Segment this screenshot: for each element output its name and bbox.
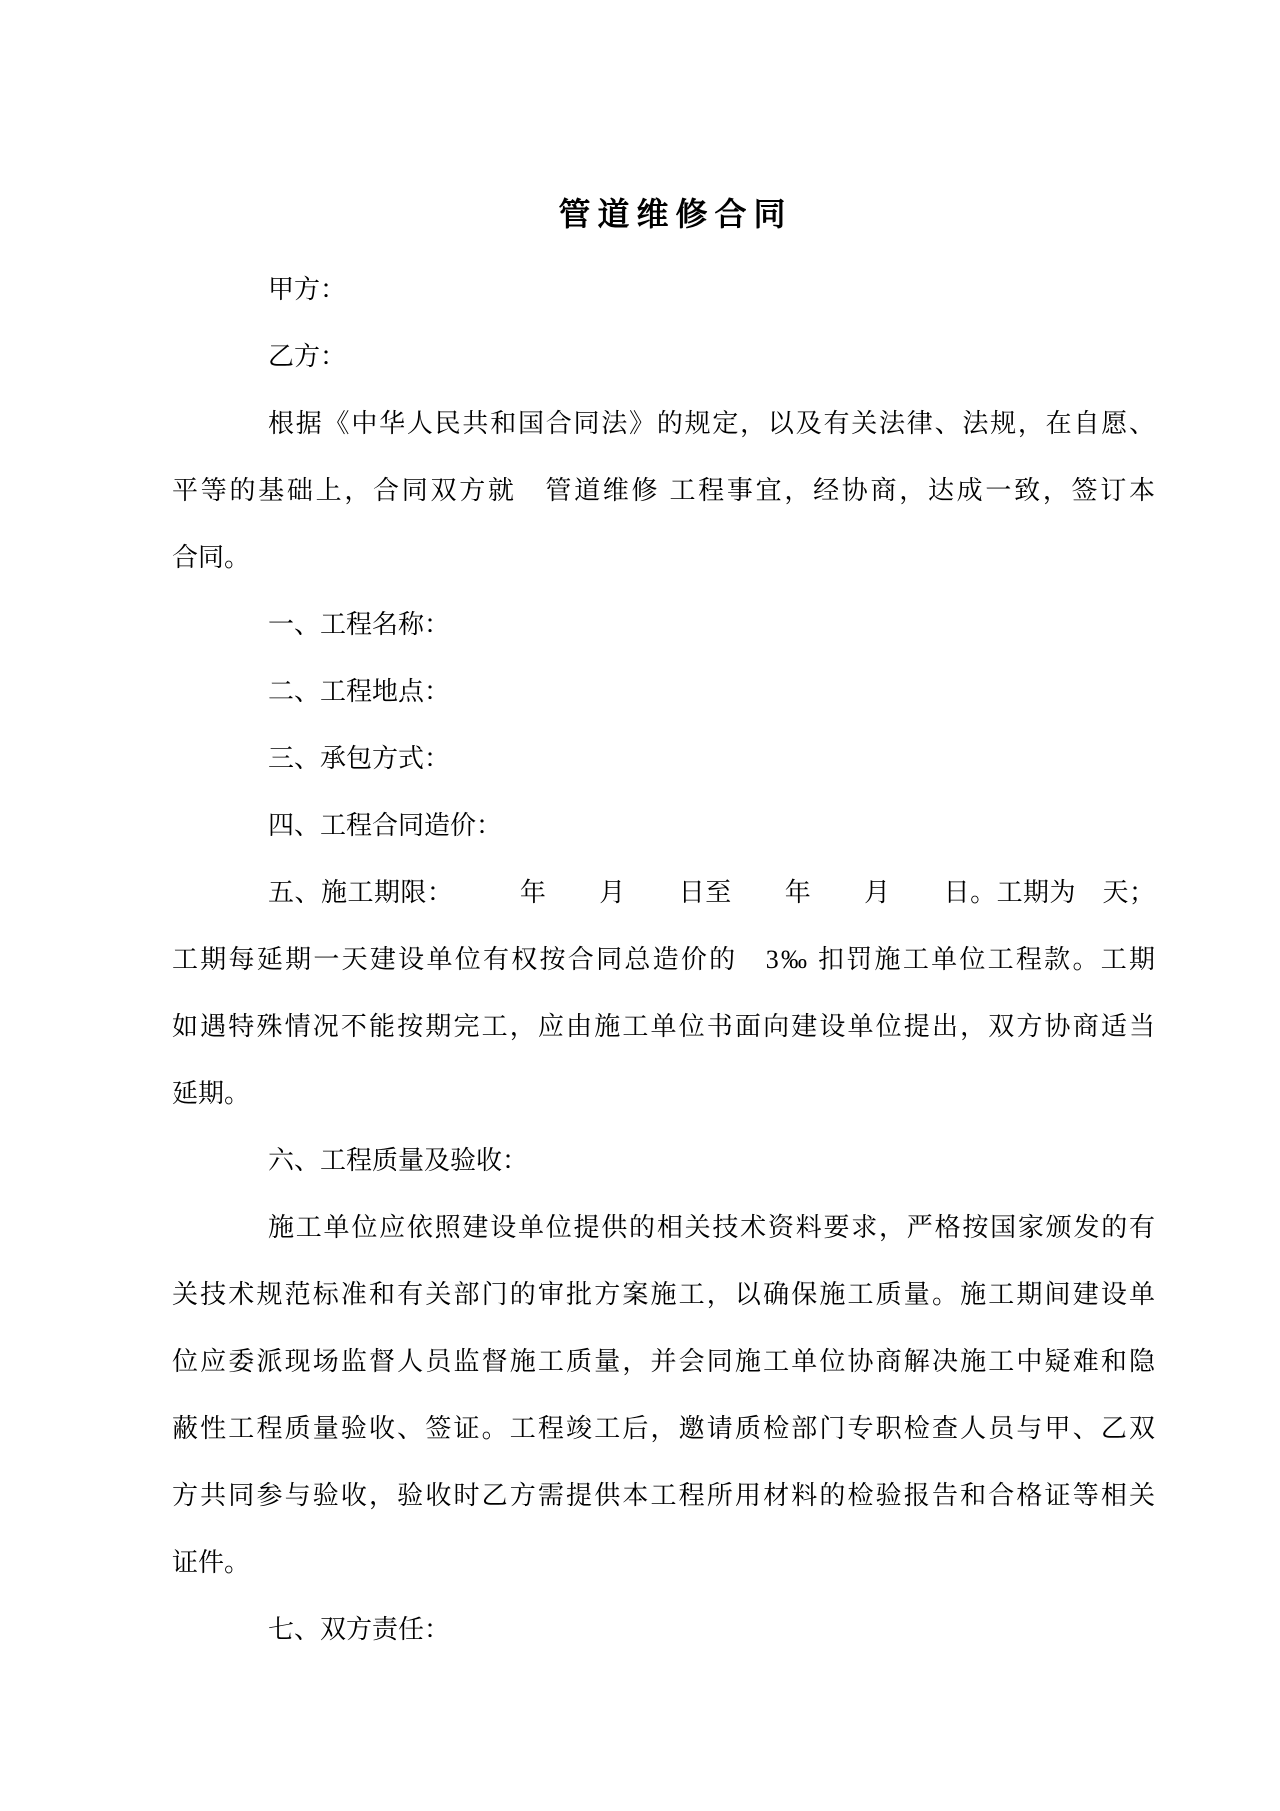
doc-line-item-6-para-5: 方共同参与验收，验收时乙方需提供本工程所用材料的检验报告和合格证等相关: [172, 1462, 1155, 1529]
doc-line-item-5-cont-1: 工期每延期一天建设单位有权按合同总造价的 3‰ 扣罚施工单位工程款。工期: [172, 926, 1155, 993]
doc-line-item-5-cont-3: 延期。: [172, 1060, 1155, 1127]
document-body: 管道维修合同 甲方： 乙方： 根据《中华人民共和国合同法》的规定，以及有关法律、…: [172, 0, 1155, 1663]
doc-line-item-6-para-4: 蔽性工程质量验收、签证。工程竣工后，邀请质检部门专职检查人员与甲、乙双: [172, 1395, 1155, 1462]
doc-line-item-5-construction-period: 五、施工期限： 年 月 日至 年 月 日。工期为 天；: [172, 859, 1155, 926]
doc-line-item-5-cont-2: 如遇特殊情况不能按期完工，应由施工单位书面向建设单位提出，双方协商适当: [172, 993, 1155, 1060]
doc-line-party-b: 乙方：: [172, 323, 1155, 390]
document-page: 管道维修合同 甲方： 乙方： 根据《中华人民共和国合同法》的规定，以及有关法律、…: [0, 0, 1280, 1811]
doc-line-item-6-para-6: 证件。: [172, 1529, 1155, 1596]
doc-line-item-2-project-location: 二、工程地点：: [172, 658, 1155, 725]
doc-line-item-6-para-2: 关技术规范标准和有关部门的审批方案施工，以确保施工质量。施工期间建设单: [172, 1261, 1155, 1328]
doc-line-item-1-project-name: 一、工程名称：: [172, 591, 1155, 658]
doc-line-item-7-responsibilities: 七、双方责任：: [172, 1596, 1155, 1663]
doc-line-item-3-contract-method: 三、承包方式：: [172, 725, 1155, 792]
doc-line-party-a: 甲方：: [172, 256, 1155, 323]
doc-line-item-4-contract-price: 四、工程合同造价：: [172, 792, 1155, 859]
document-title: 管道维修合同: [172, 198, 1155, 230]
doc-line-preamble-1: 根据《中华人民共和国合同法》的规定，以及有关法律、法规，在自愿、: [172, 390, 1155, 457]
doc-line-preamble-3: 合同。: [172, 524, 1155, 591]
document-lines: 甲方： 乙方： 根据《中华人民共和国合同法》的规定，以及有关法律、法规，在自愿、…: [172, 256, 1155, 1663]
doc-line-item-6-quality-acceptance: 六、工程质量及验收：: [172, 1127, 1155, 1194]
doc-line-item-6-para-1: 施工单位应依照建设单位提供的相关技术资料要求，严格按国家颁发的有: [172, 1194, 1155, 1261]
doc-line-item-6-para-3: 位应委派现场监督人员监督施工质量，并会同施工单位协商解决施工中疑难和隐: [172, 1328, 1155, 1395]
doc-line-preamble-2: 平等的基础上，合同双方就 管道维修 工程事宜，经协商，达成一致，签订本: [172, 457, 1155, 524]
